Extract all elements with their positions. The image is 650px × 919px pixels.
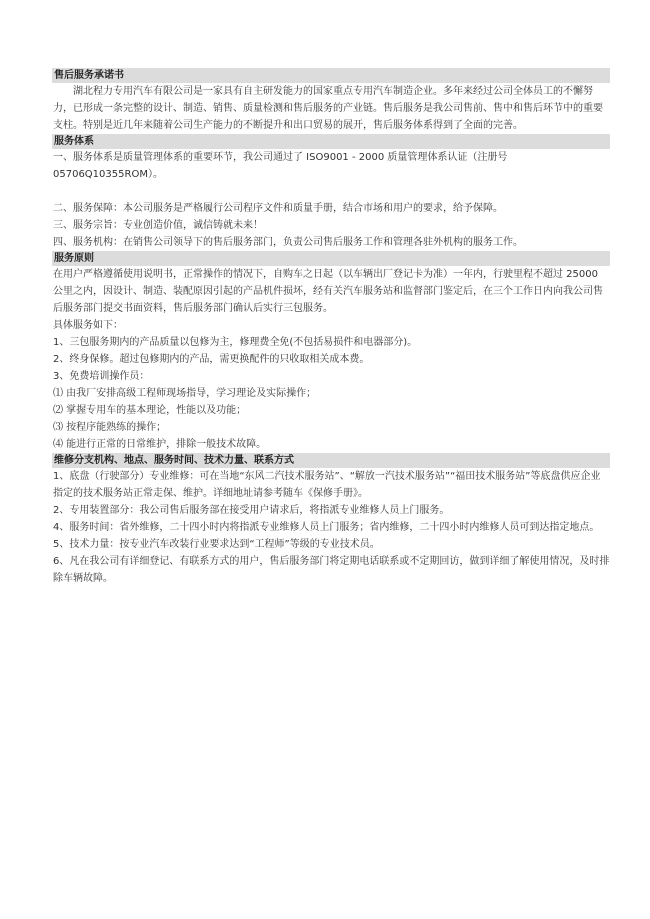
- principles-subitem-2: ⑵ 掌握专用车的基本理论，性能以及功能；: [52, 402, 610, 419]
- commitment-paragraph: 湖北程力专用汽车有限公司是一家具有自主研发能力的国家重点专用汽车制造企业。多年来…: [52, 83, 610, 134]
- section-title-commitment: 售后服务承诺书: [52, 68, 610, 83]
- section-title-service-system: 服务体系: [52, 134, 610, 149]
- branches-item-2: 2、专用装置部分：我公司售后服务部在接受用户请求后，将指派专业维修人员上门服务。: [52, 502, 610, 519]
- section-title-service-principles: 服务原则: [52, 251, 610, 266]
- service-system-item-1: 一、服务体系是质量管理体系的重要环节，我公司通过了 ISO9001 - 2000…: [52, 149, 610, 183]
- document-page: 售后服务承诺书 湖北程力专用汽车有限公司是一家具有自主研发能力的国家重点专用汽车…: [52, 68, 610, 587]
- section-title-repair-branches: 维修分支机构、地点、服务时间、技术力量、联系方式: [52, 453, 610, 468]
- principles-intro: 在用户严格遵循使用说明书，正常操作的情况下，自购车之日起（以车辆出厂登记卡为准）…: [52, 266, 610, 317]
- service-system-item-3: 三、服务宗旨：专业创造价值，诚信铸就未来！: [52, 217, 610, 234]
- principles-item-3: 3、免费培训操作员：: [52, 368, 610, 385]
- spacer: [52, 183, 610, 200]
- principles-item-2: 2、终身保修。超过包修期内的产品，需更换配件的只收取相关成本费。: [52, 351, 610, 368]
- branches-item-5: 5、技术力量：按专业汽车改装行业要求达到“工程师”等级的专业技术员。: [52, 536, 610, 553]
- service-system-item-4: 四、服务机构：在销售公司领导下的售后服务部门，负责公司售后服务工作和管理各驻外机…: [52, 234, 610, 251]
- principles-subitem-4: ⑷ 能进行正常的日常维护，排除一般技术故障。: [52, 436, 610, 453]
- branches-item-6: 6、凡在我公司有详细登记、有联系方式的用户，售后服务部门将定期电话联系或不定期回…: [52, 553, 610, 587]
- principles-lead: 具体服务如下：: [52, 317, 610, 334]
- service-system-item-2: 二、服务保障：本公司服务是严格履行公司程序文件和质量手册，结合市场和用户的要求，…: [52, 200, 610, 217]
- branches-item-4: 4、服务时间：省外维修，二十四小时内将指派专业维修人员上门服务；省内维修，二十四…: [52, 519, 610, 536]
- principles-item-1: 1、三包服务期内的产品质量以包修为主，修理费全免(不包括易损件和电器部分)。: [52, 334, 610, 351]
- principles-subitem-1: ⑴ 由我厂安排高级工程师现场指导，学习理论及实际操作；: [52, 385, 610, 402]
- principles-subitem-3: ⑶ 按程序能熟练的操作；: [52, 419, 610, 436]
- branches-item-1: 1、底盘（行驶部分）专业维修：可在当地“东风二汽技术服务站”、“解放一汽技术服务…: [52, 468, 610, 502]
